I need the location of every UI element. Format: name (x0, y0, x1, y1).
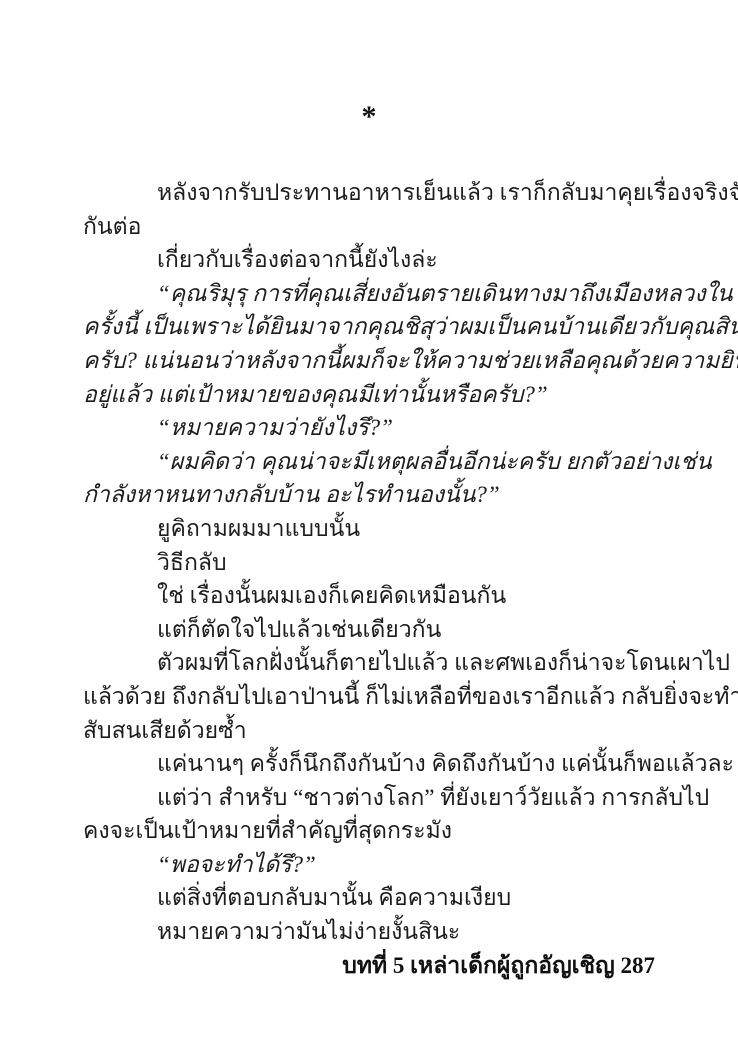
body-text: หลังจากรับประทานอาหารเย็นแล้ว เราก็กลับม… (83, 176, 655, 949)
text-line: “พอจะทำได้รึ?” (83, 848, 655, 882)
book-page: * หลังจากรับประทานอาหารเย็นแล้ว เราก็กลั… (0, 0, 738, 1051)
text-line: “ผมคิดว่า คุณน่าจะมีเหตุผลอื่นอีกน่ะครับ… (83, 445, 655, 479)
text-line: กันต่อ (83, 210, 655, 244)
text-line: ตัวผมที่โลกฝั่งนั้นก็ตายไปแล้ว และศพเองก… (83, 646, 655, 680)
text-line: คงจะเป็นเป้าหมายที่สำคัญที่สุดกระมัง (83, 814, 655, 848)
text-line: ครับ? แน่นอนว่าหลังจากนี้ผมก็จะให้ความช่… (83, 344, 655, 378)
text-line: แค่นานๆ ครั้งก็นึกถึงกันบ้าง คิดถึงกันบ้… (83, 747, 655, 781)
text-line: วิธีกลับ (83, 546, 655, 580)
text-line: แต่ว่า สำหรับ “ชาวต่างโลก” ที่ยังเยาว์วั… (83, 781, 655, 815)
text-line: ใช่ เรื่องนั้นผมเองก็เคยคิดเหมือนกัน (83, 579, 655, 613)
text-line: ครั้งนี้ เป็นเพราะได้ยินมาจากคุณชิสุว่าผ… (83, 310, 655, 344)
text-line: หมายความว่ามันไม่ง่ายงั้นสินะ (83, 915, 655, 949)
section-separator-asterisk: * (83, 100, 655, 134)
text-line: “หมายความว่ายังไงรึ?” (83, 411, 655, 445)
text-line: “คุณริมุรุ การที่คุณเสี่ยงอันตรายเดินทาง… (83, 277, 655, 311)
text-line: เกี่ยวกับเรื่องต่อจากนี้ยังไงล่ะ (83, 243, 655, 277)
text-line: อยู่แล้ว แต่เป้าหมายของคุณมีเท่านั้นหรือ… (83, 378, 655, 412)
text-line: แต่ก็ตัดใจไปแล้วเช่นเดียวกัน (83, 613, 655, 647)
text-line: แต่สิ่งที่ตอบกลับมานั้น คือความเงียบ (83, 881, 655, 915)
text-line: หลังจากรับประทานอาหารเย็นแล้ว เราก็กลับม… (83, 176, 655, 210)
text-line: กำลังหาหนทางกลับบ้าน อะไรทำนองนั้น?” (83, 478, 655, 512)
text-line: ยูคิถามผมมาแบบนั้น (83, 512, 655, 546)
chapter-footer: บทที่ 5 เหล่าเด็กผู้ถูกอัญเชิญ 287 (83, 948, 655, 984)
text-line: สับสนเสียด้วยซ้ำ (83, 714, 655, 748)
text-line: แล้วด้วย ถึงกลับไปเอาป่านนี้ ก็ไม่เหลือท… (83, 680, 655, 714)
